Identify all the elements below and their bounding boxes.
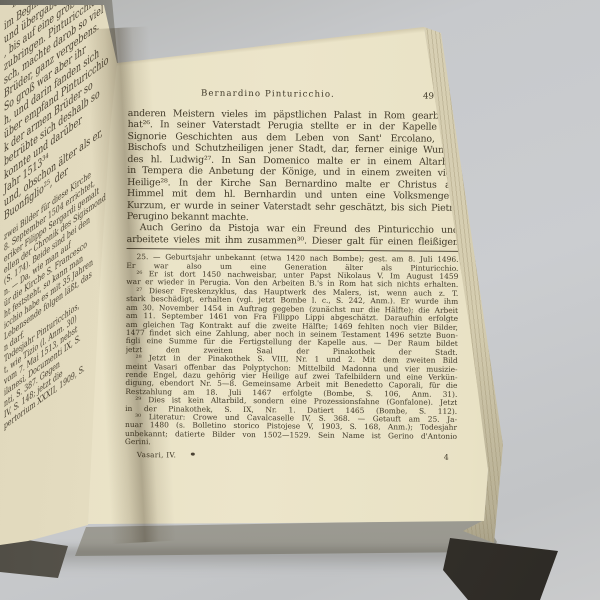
signature-row: Vasari, IV. 4: [125, 450, 457, 463]
footnotes: 25. — Geburtsjahr unbekannt (etwa 1420 n…: [125, 253, 459, 449]
body-text: anderen Meistern vieles im päpstlichen P…: [127, 108, 460, 248]
footnote-separator-rule: [127, 248, 459, 252]
ink-spot: [191, 452, 195, 456]
book-drop-shadow: [55, 548, 505, 572]
page-header-row: Bernardino Pinturicchio. 49: [128, 88, 460, 104]
book-photo: Bernardino Pinturicchio. im Beginn wiede…: [0, 0, 600, 600]
body-line: arbeitete vieles mit ihm zusammen³⁰. Die…: [127, 234, 459, 248]
page-top-edge-shadow: [110, 21, 439, 67]
right-page-content: Bernardino Pinturicchio. 49 anderen Meis…: [125, 88, 460, 462]
signature-number: 4: [444, 452, 449, 461]
page-number: 49: [423, 92, 434, 102]
